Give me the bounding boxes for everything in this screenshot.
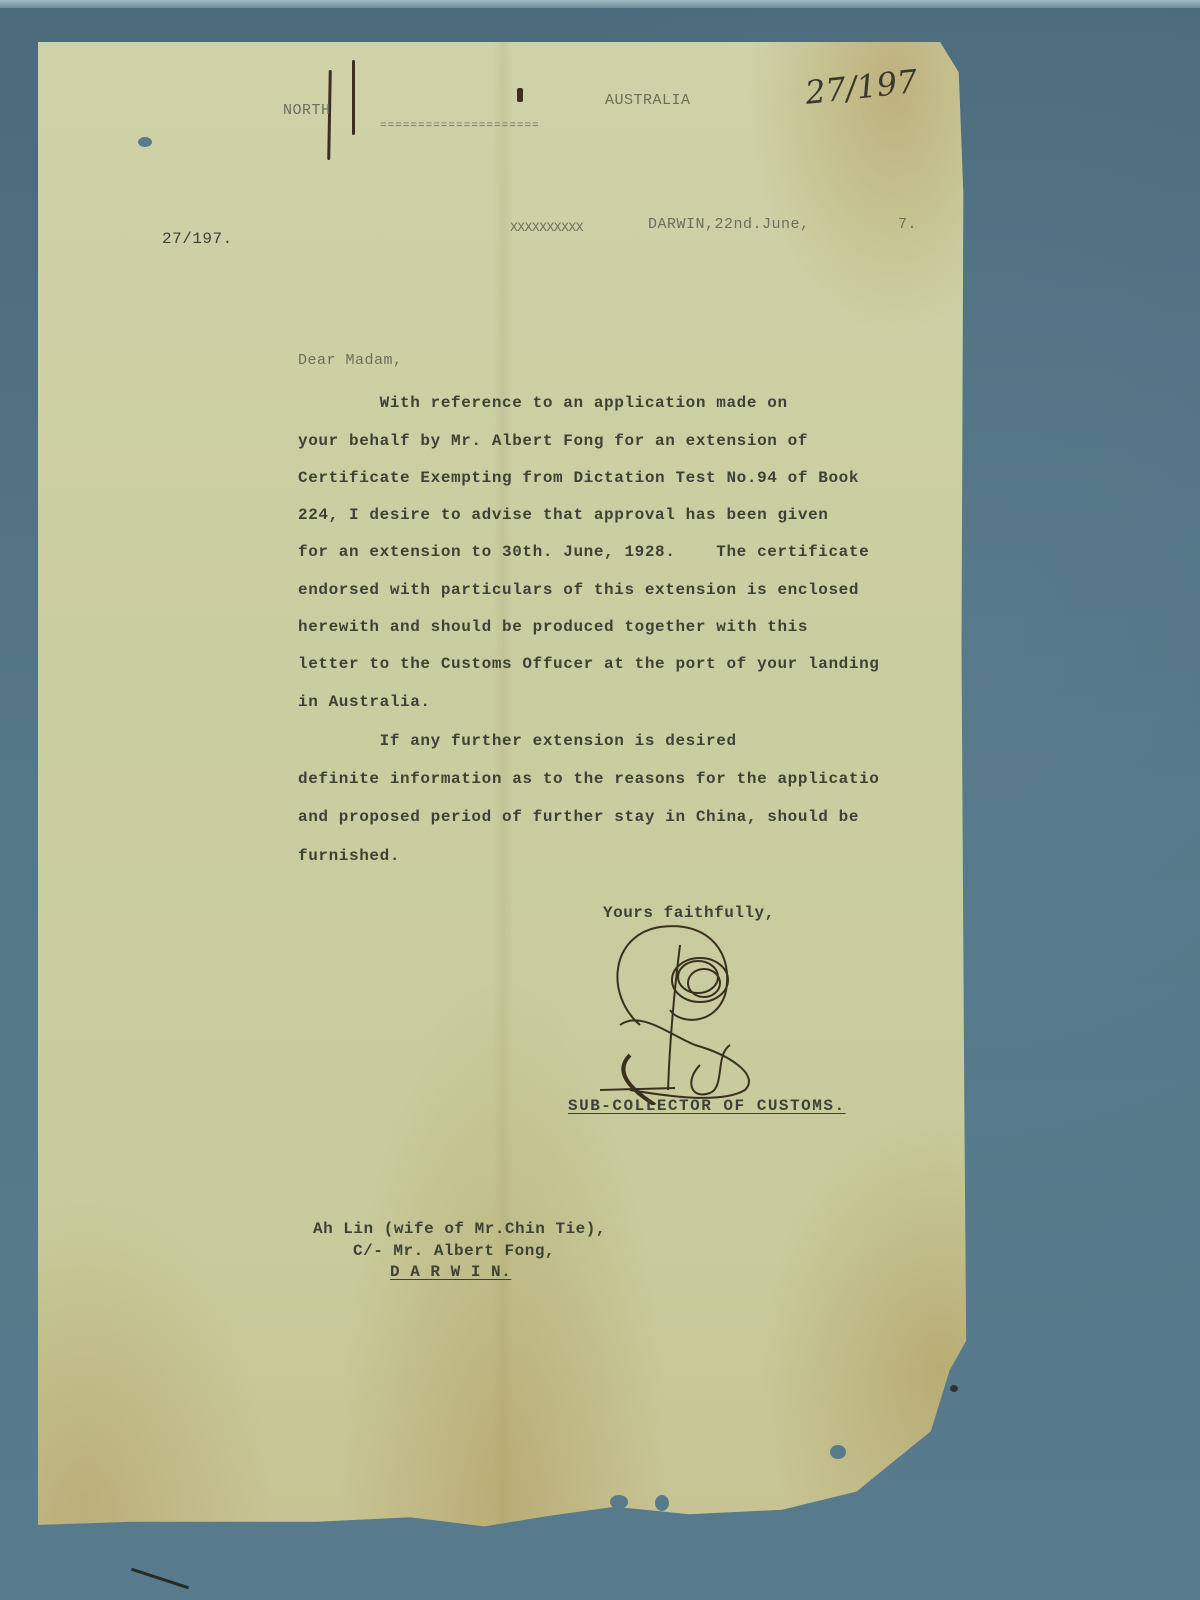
header-north: NORTH xyxy=(283,102,331,119)
pen-mark xyxy=(352,60,355,135)
paper-hole xyxy=(610,1495,628,1509)
body-line: With reference to an application made on xyxy=(298,394,788,412)
place-date: DARWIN,22nd.June, xyxy=(648,216,810,233)
letter-paper xyxy=(38,42,968,1552)
body-line: in Australia. xyxy=(298,693,431,711)
ink-blot xyxy=(517,88,523,102)
body-line: herewith and should be produced together… xyxy=(298,618,808,636)
body-line: 224, I desire to advise that approval ha… xyxy=(298,506,828,524)
body-line: If any further extension is desired xyxy=(298,732,737,750)
signatory-title: SUB-COLLECTOR OF CUSTOMS. xyxy=(568,1097,846,1115)
body-line: your behalf by Mr. Albert Fong for an ex… xyxy=(298,432,808,450)
addressee-city: D A R W I N. xyxy=(390,1263,511,1281)
header-rule: ===================== xyxy=(380,120,540,132)
body-line: endorsed with particulars of this extens… xyxy=(298,581,859,599)
paper-hole xyxy=(655,1495,669,1511)
file-number: 27/197. xyxy=(162,230,233,248)
body-line: Certificate Exempting from Dictation Tes… xyxy=(298,469,859,487)
struck-out-text: XXXXXXXXXX xyxy=(510,220,583,235)
body-line: furnished. xyxy=(298,847,400,865)
header-australia: AUSTRALIA xyxy=(605,92,691,109)
year-suffix: 7. xyxy=(898,216,917,233)
body-line: definite information as to the reasons f… xyxy=(298,770,880,788)
salutation: Dear Madam, xyxy=(298,352,403,369)
paper-hole xyxy=(830,1445,846,1459)
paper-hole xyxy=(950,1385,958,1392)
scanner-top-edge xyxy=(0,0,1200,8)
addressee-name: Ah Lin (wife of Mr.Chin Tie), xyxy=(313,1220,606,1238)
paper-hole xyxy=(138,137,152,147)
handwritten-signature xyxy=(600,915,770,1105)
body-line: and proposed period of further stay in C… xyxy=(298,808,859,826)
body-line: for an extension to 30th. June, 1928. Th… xyxy=(298,543,869,561)
body-line: letter to the Customs Offucer at the por… xyxy=(298,655,880,673)
addressee-care-of: C/- Mr. Albert Fong, xyxy=(353,1242,555,1260)
